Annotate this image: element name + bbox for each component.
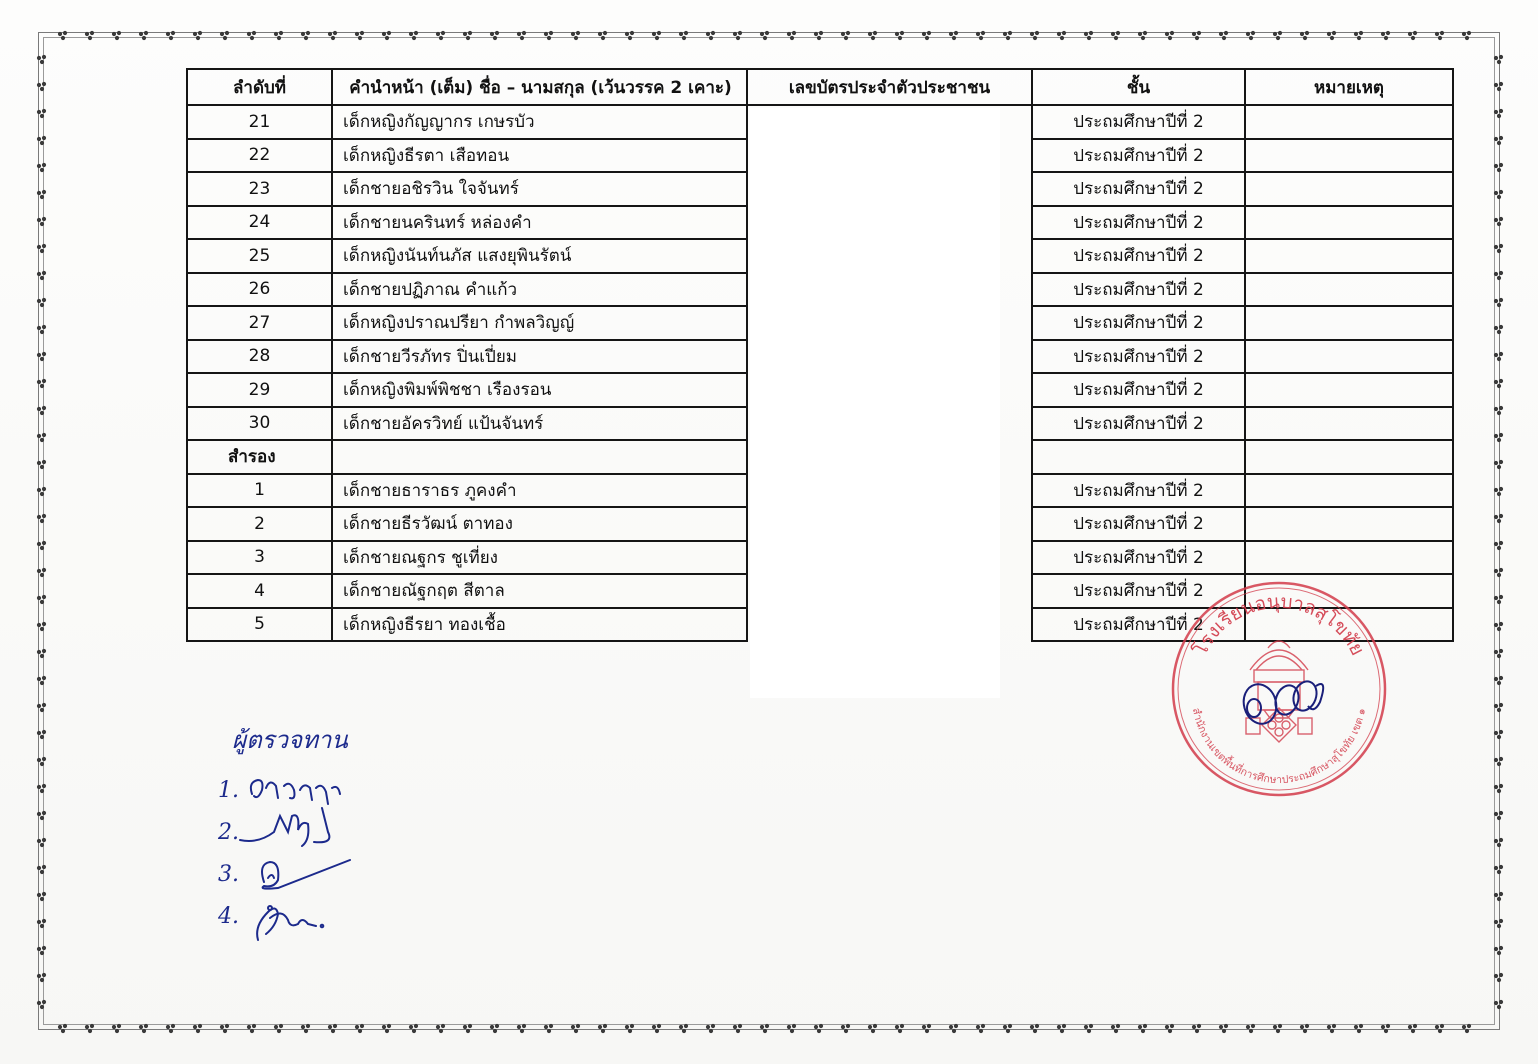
cell-grade: ประถมศึกษาปีที่ 2 — [1032, 474, 1245, 508]
cell-name: เด็กชายวีรภัทร ปิ่นเปี่ยม — [332, 340, 747, 374]
cell-name: เด็กชายปฏิภาณ คำแก้ว — [332, 273, 747, 307]
cell-no: 24 — [187, 206, 332, 240]
cell-no: 4 — [187, 574, 332, 608]
cell-note — [1245, 373, 1453, 407]
cell-grade: ประถมศึกษาปีที่ 2 — [1032, 172, 1245, 206]
cell-note — [1245, 541, 1453, 575]
header-note: หมายเหตุ — [1245, 69, 1453, 105]
cell-no: 2 — [187, 507, 332, 541]
cell-no: 5 — [187, 608, 332, 642]
cell-note — [1245, 306, 1453, 340]
cell-name: เด็กหญิงพิมพ์พิชชา เรืองรอน — [332, 373, 747, 407]
cell-grade: ประถมศึกษาปีที่ 2 — [1032, 239, 1245, 273]
cell-name: เด็กหญิงนันท์นภัส แสงยุพินรัตน์ — [332, 239, 747, 273]
cell-no: 21 — [187, 105, 332, 139]
cell-name: เด็กชายธีรวัฒน์ ตาทอง — [332, 507, 747, 541]
cell-name: เด็กชายณฐกร ชูเที่ยง — [332, 541, 747, 575]
cell-note — [1245, 608, 1453, 642]
cell-note — [1245, 507, 1453, 541]
reserve-label: สำรอง — [187, 440, 332, 474]
cell-grade: ประถมศึกษาปีที่ 2 — [1032, 507, 1245, 541]
empty-cell — [1032, 440, 1245, 474]
cell-name: เด็กชายธาราธร ภูคงคำ — [332, 474, 747, 508]
cell-note — [1245, 273, 1453, 307]
cell-no: 1 — [187, 474, 332, 508]
empty-cell — [332, 440, 747, 474]
cell-grade: ประถมศึกษาปีที่ 2 — [1032, 407, 1245, 441]
cell-no: 22 — [187, 139, 332, 173]
redacted-id-area — [750, 108, 1000, 698]
cell-note — [1245, 474, 1453, 508]
table-header-row: ลำดับที่ คำนำหน้า (เต็ม) ชื่อ – นามสกุล … — [187, 69, 1453, 105]
cell-no: 25 — [187, 239, 332, 273]
header-grade: ชั้น — [1032, 69, 1245, 105]
cell-name: เด็กชายณัฐกฤต สีตาล — [332, 574, 747, 608]
cell-grade: ประถมศึกษาปีที่ 2 — [1032, 273, 1245, 307]
cell-no: 30 — [187, 407, 332, 441]
cell-grade: ประถมศึกษาปีที่ 2 — [1032, 574, 1245, 608]
cell-no: 23 — [187, 172, 332, 206]
cell-no: 27 — [187, 306, 332, 340]
cell-grade: ประถมศึกษาปีที่ 2 — [1032, 306, 1245, 340]
cell-note — [1245, 407, 1453, 441]
cell-name: เด็กหญิงปราณปรียา กำพลวิญญ์ — [332, 306, 747, 340]
cell-name: เด็กชายนครินทร์ หล่องคำ — [332, 206, 747, 240]
cell-grade: ประถมศึกษาปีที่ 2 — [1032, 206, 1245, 240]
empty-cell — [1245, 440, 1453, 474]
handwritten-signatures — [218, 712, 438, 952]
cell-grade: ประถมศึกษาปีที่ 2 — [1032, 373, 1245, 407]
header-name: คำนำหน้า (เต็ม) ชื่อ – นามสกุล (เว้นวรรค… — [332, 69, 747, 105]
cell-note — [1245, 139, 1453, 173]
cell-grade: ประถมศึกษาปีที่ 2 — [1032, 340, 1245, 374]
cell-note — [1245, 206, 1453, 240]
cell-no: 29 — [187, 373, 332, 407]
cell-note — [1245, 239, 1453, 273]
cell-name: เด็กชายอชิรวิน ใจจันทร์ — [332, 172, 747, 206]
cell-note — [1245, 340, 1453, 374]
cell-name: เด็กหญิงธีรยา ทองเชื้อ — [332, 608, 747, 642]
cell-grade: ประถมศึกษาปีที่ 2 — [1032, 105, 1245, 139]
header-no: ลำดับที่ — [187, 69, 332, 105]
cell-no: 3 — [187, 541, 332, 575]
cell-grade: ประถมศึกษาปีที่ 2 — [1032, 541, 1245, 575]
cell-note — [1245, 574, 1453, 608]
cell-note — [1245, 172, 1453, 206]
cell-note — [1245, 105, 1453, 139]
cell-no: 28 — [187, 340, 332, 374]
header-id: เลขบัตรประจำตัวประชาชน — [747, 69, 1032, 105]
cell-grade: ประถมศึกษาปีที่ 2 — [1032, 608, 1245, 642]
cell-name: เด็กชายอัครวิทย์ แป้นจันทร์ — [332, 407, 747, 441]
cell-no: 26 — [187, 273, 332, 307]
cell-name: เด็กหญิงกัญญากร เกษรบัว — [332, 105, 747, 139]
reviewer-signatures: ผู้ตรวจทาน 1. 2. 3. 4. — [218, 712, 438, 952]
cell-name: เด็กหญิงธีรตา เสือทอน — [332, 139, 747, 173]
cell-grade: ประถมศึกษาปีที่ 2 — [1032, 139, 1245, 173]
